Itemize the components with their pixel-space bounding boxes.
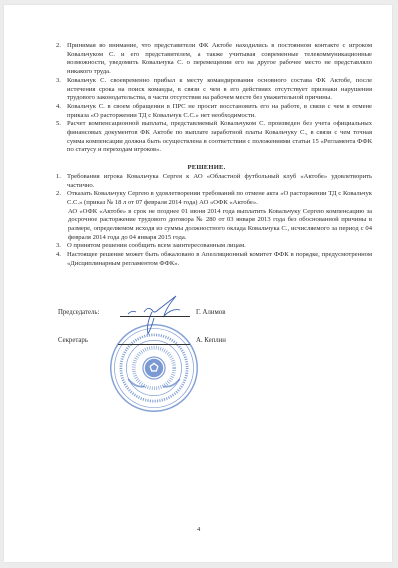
chairman-signature-line — [120, 316, 190, 317]
list-item: 5.Расчет компенсационной выплаты, предст… — [41, 120, 372, 155]
list-item: 3.Ковальчук С. своевременно прибыл к мес… — [41, 77, 372, 103]
secretary-name: А. Кеплин — [196, 337, 226, 344]
chairman-signature-icon — [118, 290, 198, 350]
decision-heading: РЕШЕНИЕ. — [41, 164, 372, 173]
findings-list: 2.Принимая во внимание, что представител… — [41, 42, 372, 155]
secretary-signature-line — [118, 344, 190, 345]
document-page: 2.Принимая во внимание, что представител… — [4, 5, 392, 562]
document-body: 2.Принимая во внимание, что представител… — [41, 42, 372, 269]
list-item: 2.Принимая во внимание, что представител… — [41, 42, 372, 77]
chairman-label: Председатель: — [58, 309, 99, 316]
list-item: 1.Требования игрока Ковальчука Сергея к … — [41, 173, 372, 190]
list-item: 3.О принятом решении сообщить всем заинт… — [41, 242, 372, 251]
final-list: 3.О принятом решении сообщить всем заинт… — [41, 242, 372, 268]
list-item: 4.Настоящее решение может быть обжалован… — [41, 251, 372, 268]
page-number: 4 — [197, 526, 200, 533]
list-item: 4.Ковальчук С. в своем обращении в ПРС н… — [41, 103, 372, 120]
decision-sub-paragraph: АО «ОФК «Актобе» в срок не позднее 01 ию… — [41, 208, 372, 243]
secretary-label: Секретарь — [58, 337, 88, 344]
list-item: 2.Отказать Ковальчуку Сергею в удовлетво… — [41, 190, 372, 207]
decision-list: 1.Требования игрока Ковальчука Сергея к … — [41, 173, 372, 208]
chairman-name: Г. Алимов — [196, 309, 225, 316]
